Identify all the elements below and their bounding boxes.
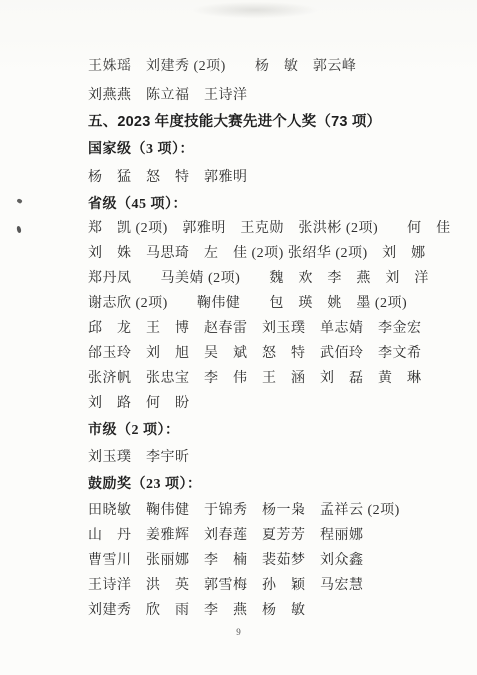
award-names-line: 刘建秀 欣 雨 李 燕 杨 敏 [88,602,306,620]
award-names-line: 郑丹凤 马美婧 (2项) 魏 欢 李 燕 刘 洋 [88,270,429,288]
subsection-heading: 国家级（3 项）： [88,141,194,159]
page-number: 9 [0,627,477,637]
award-names-line: 刘玉璞 李宇昕 [88,449,190,467]
award-names-line: 王姝瑶 刘建秀 (2项) 杨 敏 郭云峰 [88,58,356,76]
award-names-line: 刘 路 何 盼 [88,395,190,413]
subsection-heading: 省级（45 项）： [88,196,187,214]
ink-speck [16,198,22,204]
award-names-line: 田晓敏 鞠伟健 于锦秀 杨一枭 孟祥云 (2项) [88,502,400,520]
award-names-line: 曹雪川 张丽娜 李 楠 裴茹梦 刘众鑫 [88,552,364,570]
award-names-line: 张济帆 张忠宝 李 伟 王 涵 刘 磊 黄 琳 [88,370,422,388]
award-names-line: 刘 姝 马思琦 左 佳 (2项) 张绍华 (2项) 刘 娜 [88,245,426,263]
award-names-line: 杨 猛 怒 特 郭雅明 [88,169,248,187]
award-names-line: 刘燕燕 陈立福 王诗洋 [88,87,248,105]
ink-speck [17,226,22,233]
award-names-line: 郑 凯 (2项) 郭雅明 王克勋 张洪彬 (2项) 何 佳 [88,220,451,238]
award-names-line: 邱 龙 王 博 赵春雷 刘玉璞 单志婧 李金宏 [88,320,422,338]
subsection-heading: 鼓励奖（23 项）： [88,476,202,494]
award-names-line: 王诗洋 洪 英 郭雪梅 孙 颖 马宏慧 [88,577,364,595]
subsection-heading: 市级（2 项）： [88,422,180,440]
award-names-line: 谢志欣 (2项) 鞠伟健 包 瑛 姚 墨 (2项) [88,295,407,313]
section-title: 五、2023 年度技能大赛先进个人奖（73 项） [88,113,381,131]
scanned-document-page: 王姝瑶 刘建秀 (2项) 杨 敏 郭云峰 刘燕燕 陈立福 王诗洋 五、2023 … [0,0,477,675]
award-names-line: 山 丹 姜雅辉 刘春莲 夏芳芳 程丽娜 [88,527,364,545]
award-names-line: 邰玉玲 刘 旭 吴 斌 怒 特 武佰玲 李文希 [88,345,422,363]
